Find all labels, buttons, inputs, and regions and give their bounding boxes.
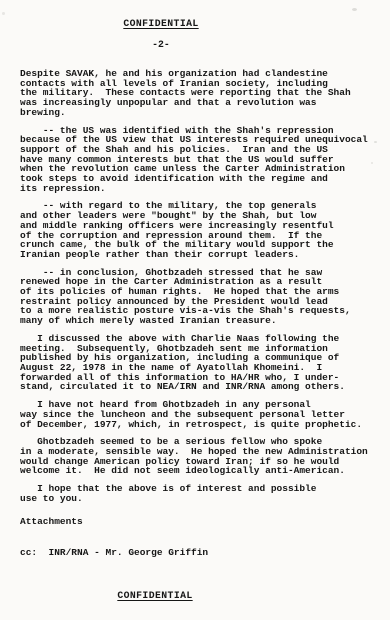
page-number: -2- (0, 40, 322, 50)
paragraph-hope-of-interest: I hope that the above is of interest and… (20, 484, 390, 503)
paragraph-conclusion-carter-hope: -- in conclusion, Ghotbzadeh stressed th… (20, 268, 390, 326)
paragraph-ghotbzadeh-character: Ghotbzadeh seemed to be a serious fellow… (20, 437, 390, 476)
scan-speckle (352, 8, 357, 11)
scan-speckle (374, 141, 377, 143)
memo-body: Despite SAVAK, he and his organization h… (20, 69, 390, 503)
paragraph-charlie-naas-discussion: I discussed the above with Charlie Naas … (20, 334, 390, 392)
classification-header: CONFIDENTIAL (123, 18, 198, 29)
memo-page: CONFIDENTIAL -2- Despite SAVAK, he and h… (0, 0, 390, 620)
page-footer: CONFIDENTIAL (0, 585, 310, 603)
paragraph-savak-contacts: Despite SAVAK, he and his organization h… (20, 69, 390, 118)
classification-footer: CONFIDENTIAL (117, 590, 192, 601)
page-header: CONFIDENTIAL (0, 13, 322, 31)
scan-speckle (2, 12, 5, 15)
paragraph-no-contact-since-luncheon: I have not heard from Ghotbzadeh in any … (20, 400, 390, 429)
cc-line: cc: INR/RNA - Mr. George Griffin (20, 548, 390, 558)
paragraph-military-resentment: -- with regard to the military, the top … (20, 201, 390, 259)
scan-speckle (371, 162, 373, 164)
paragraph-us-identified-with-shah: -- the US was identified with the Shah's… (20, 126, 390, 194)
attachments-note: Attachments (20, 517, 390, 527)
